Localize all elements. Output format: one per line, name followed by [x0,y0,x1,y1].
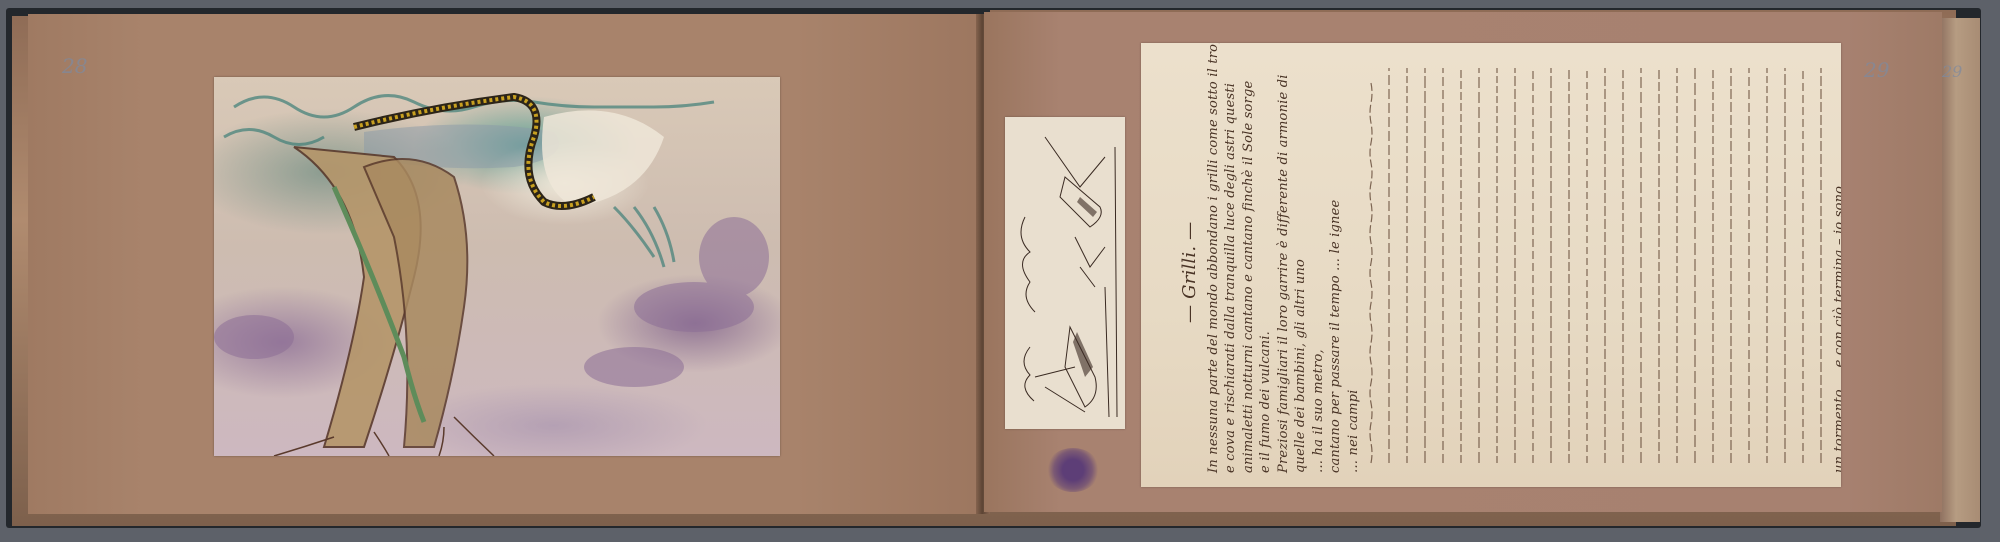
back-page-number: 29 [1942,62,1962,81]
letter-closing: un tormento … e con ciò termina – io son… [1831,186,1841,473]
grasshopper-sketch [1005,117,1125,429]
back-page: 29 [1940,18,1980,522]
library-ink-stamp [1046,448,1100,492]
snake-tree-illustration [214,77,780,456]
left-page-number: 28 [62,54,87,78]
handwritten-letter: — Grilli. — In nessuna parte del mondo a… [1141,43,1841,487]
right-page-number: 29 [1864,58,1889,82]
watercolor-painting [214,77,780,456]
ink-sketch [1005,117,1125,429]
handwriting-strokes [1141,43,1841,487]
